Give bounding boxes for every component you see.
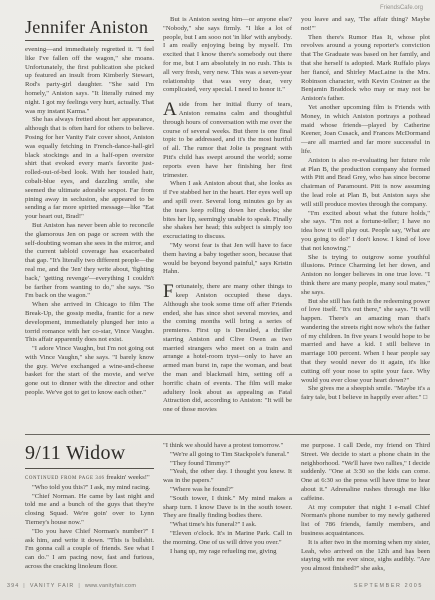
footer-brand: VANITY FAIR [30,583,75,589]
body-paragraph: "Where was he found?" [163,486,292,495]
body-paragraph: CONTINUED FROM PAGE 346 freakin' weeks!" [25,474,154,484]
footer-divider: | [23,583,26,589]
footer-url: www.vanityfair.com [85,583,136,589]
body-paragraph: When I ask Aniston about that, she looks… [163,180,292,242]
footer-left: 394 | VANITY FAIR | www.vanityfair.com [7,583,136,589]
body-paragraph: "Yeah, the other day. I thought you knew… [163,468,292,486]
widow-column-1: 9/11 Widow CONTINUED FROM PAGE 346 freak… [25,442,154,578]
aniston-column-1: Jennifer Aniston evening—and immediately… [25,16,154,430]
body-paragraph: Then there's Rumor Has It, whose plot re… [301,34,430,104]
body-paragraph: "I think we should have a protest tomorr… [163,442,292,451]
body-paragraph: you leave and say, 'The affair thing? Ma… [301,16,430,34]
aniston-article: Jennifer Aniston evening—and immediately… [25,16,430,430]
paragraph-text: ortunately, there are many other things … [163,283,292,413]
body-paragraph: "Do you have Chief Norman's number?" I a… [25,528,154,572]
body-paragraph: I hang up, my rage refueling me, giving [163,548,292,557]
footer-issue-date: SEPTEMBER 2005 [354,583,423,589]
body-paragraph: But is Aniston seeing him—or anyone else… [163,16,292,95]
body-paragraph: Aside from her initial flurry of tears, … [163,101,292,180]
body-paragraph: At my computer that night I e-mail Chief… [301,504,430,539]
body-paragraph: But Aniston has never been able to recon… [25,222,154,301]
body-paragraph: "I'm excited about what the future holds… [301,210,430,254]
watermark-site-tag: FriendsCafe.org [380,5,423,11]
body-paragraph: "Eleven o'clock. It's in Marine Park. Ca… [163,530,292,548]
body-paragraph: "Who told you this?" I ask, my mind raci… [25,484,154,493]
body-paragraph: "My worst fear is that Jen will have to … [163,242,292,277]
body-paragraph: But she still has faith in the redeeming… [301,298,430,386]
magazine-page: FriendsCafe.org Jennifer Aniston evening… [0,0,435,600]
body-paragraph: "We're all going to Tim Stackpole's fune… [163,451,292,460]
widow-column-3: me purpose. I call Dede, my friend on Th… [301,442,430,578]
footer-page-number: 394 [7,583,19,589]
drop-cap: A [163,101,179,118]
body-paragraph: Aniston is also re-evaluating her future… [301,157,430,210]
body-paragraph: She is trying to outgrow some youthful i… [301,254,430,298]
footer-divider: | [78,583,81,589]
widow-article-title: 9/11 Widow [25,442,154,469]
body-paragraph: Yet another upcoming film is Friends wit… [301,104,430,157]
body-paragraph: me purpose. I call Dede, my friend on Th… [301,442,430,504]
body-paragraph: Fortunately, there are many other things… [163,283,292,415]
aniston-article-title: Jennifer Aniston [25,16,154,41]
paragraph-text: freakin' weeks!" [106,474,149,481]
body-paragraph: "They found Timmy?" [163,460,292,469]
paragraph-text: side from her initial flurry of tears, A… [163,101,292,178]
drop-cap: F [163,283,176,300]
body-paragraph: When she arrived in Chicago to film The … [25,301,154,345]
widow-column-2: "I think we should have a protest tomorr… [163,442,292,578]
body-paragraph: "South tower, I think." My mind makes a … [163,495,292,521]
body-paragraph: "What time's his funeral?" I ask. [163,521,292,530]
aniston-column-2: But is Aniston seeing him—or anyone else… [163,16,292,430]
widow-article: 9/11 Widow CONTINUED FROM PAGE 346 freak… [25,434,430,578]
body-paragraph: It is after two in the morning when my s… [301,539,430,574]
continued-from-label: CONTINUED FROM PAGE 346 [25,476,105,481]
body-paragraph: She gives me a sheepish smile. "Maybe it… [301,385,430,403]
body-paragraph: "I adore Vince Vaughn, but I'm not going… [25,345,154,398]
body-paragraph: "Chief Norman. He came by last night and… [25,493,154,528]
aniston-column-3: you leave and say, 'The affair thing? Ma… [301,16,430,430]
body-paragraph: evening—and immediately regretted it. "I… [25,46,154,116]
body-paragraph: She has always fretted about her appeara… [25,116,154,222]
